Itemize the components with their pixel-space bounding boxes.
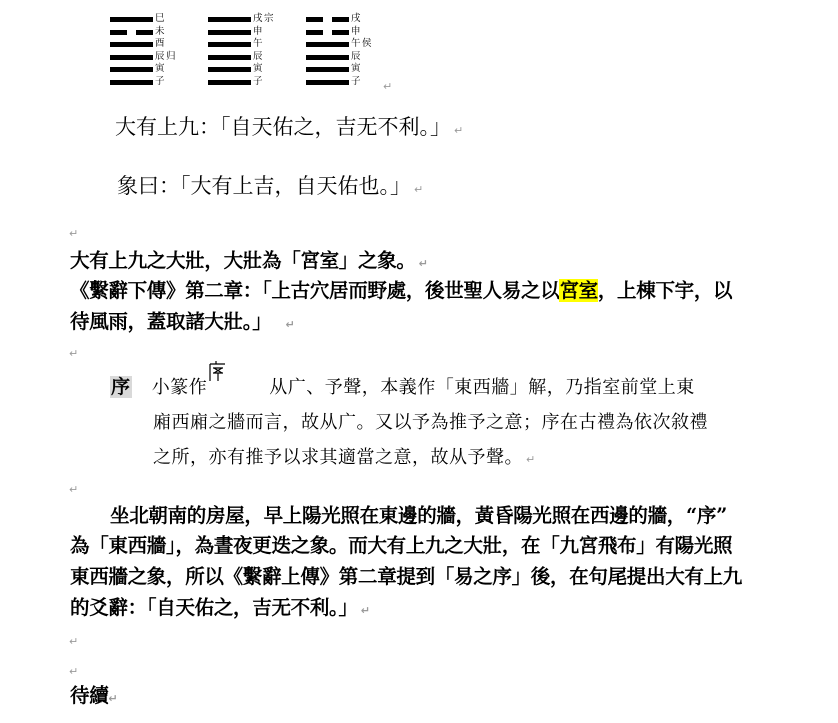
paragraph-mark: ↵	[69, 227, 78, 240]
branch-label: 寅	[155, 63, 165, 75]
broken-bar	[306, 30, 323, 35]
empty-paragraph: ↵	[66, 660, 78, 679]
broken-bar	[136, 30, 153, 35]
footer-text: 待續	[70, 684, 108, 707]
note-line1: 序 小篆作 从广、予聲，本義作「東西牆」解，乃指室前堂上東	[110, 370, 695, 405]
body2-line3: 東西牆之象，所以《繫辭上傳》第二章提到「易之序」後，在句尾提出大有上九	[70, 561, 742, 592]
solid-bar	[306, 80, 349, 85]
body1-line2-pre: 《繫辭下傳》第二章：「上古穴居而野處，後世聖人易之以	[70, 279, 559, 302]
note-line1-text: 从广、予聲，本義作「東西牆」解，乃指室前堂上東	[269, 377, 695, 398]
solid-bar	[110, 17, 153, 22]
paragraph-mark: ↵	[285, 318, 294, 331]
branch-label: 戌	[351, 13, 361, 25]
branch-label: 辰	[253, 51, 263, 63]
note-line3-text: 之所，亦有推予以求其適當之意，故从予聲。	[153, 447, 523, 468]
branch-label: 子	[351, 76, 361, 88]
broken-bar	[110, 30, 127, 35]
body1-line3-text: 待風雨，蓋取諸大壯。」	[70, 310, 271, 333]
solid-bar	[110, 55, 153, 60]
broken-bar	[306, 17, 323, 22]
solid-bar	[306, 42, 349, 47]
line-annotation: 侯	[362, 38, 372, 50]
solid-bar	[306, 55, 349, 60]
branch-label: 辰	[351, 51, 361, 63]
solid-bar	[208, 42, 251, 47]
body2-line4: 的爻辭：「自天佑之，吉无不利。」↵	[70, 592, 370, 626]
quote-line-1: 大有上九：「自天佑之，吉无不利。」↵	[115, 113, 463, 145]
branch-label: 未	[155, 26, 165, 38]
branch-label: 辰	[155, 51, 165, 63]
to-be-continued: 待續↵	[70, 680, 117, 714]
solid-bar	[208, 17, 251, 22]
branch-label: 戌	[253, 13, 263, 25]
branch-label: 酉	[155, 38, 165, 50]
branch-label: 申	[253, 26, 263, 38]
note-line2-text: 廂西廂之牆而言，故从广。又以予為推予之意；序在古禮為依次敘禮	[153, 412, 708, 433]
note-line2: 廂西廂之牆而言，故从广。又以予為推予之意；序在古禮為依次敘禮	[153, 406, 708, 440]
body1-line3: 待風雨，蓋取諸大壯。」↵	[70, 306, 294, 340]
empty-paragraph: ↵	[66, 478, 78, 497]
solid-bar	[208, 67, 251, 72]
paragraph-mark: ↵	[69, 665, 78, 678]
paragraph-mark: ↵	[526, 453, 536, 466]
branch-label: 巳	[155, 13, 165, 25]
body2-line4-text: 的爻辭：「自天佑之，吉无不利。」	[70, 596, 358, 619]
solid-bar	[110, 80, 153, 85]
quote-2-text: 象曰：「大有上吉，自天佑也。」	[117, 174, 411, 198]
paragraph-mark: ↵	[108, 692, 117, 705]
line-annotation: 宗	[264, 13, 274, 25]
quote-1-text: 大有上九：「自天佑之，吉无不利。」	[115, 115, 451, 139]
broken-bar	[332, 17, 349, 22]
solid-bar	[208, 80, 251, 85]
empty-paragraph: ↵	[66, 630, 78, 649]
body1-line2-post: ，上棟下宇，以	[598, 279, 732, 302]
branch-label: 寅	[351, 63, 361, 75]
paragraph-mark: ↵	[361, 604, 370, 617]
solid-bar	[110, 67, 153, 72]
branch-label: 寅	[253, 63, 263, 75]
empty-paragraph: ↵	[66, 222, 78, 241]
note-line3: 之所，亦有推予以求其適當之意，故从予聲。↵	[153, 441, 536, 477]
paragraph-mark: ↵	[383, 80, 392, 93]
body1-line1-text: 大有上九之大壯，大壯為「宮室」之象。	[70, 249, 416, 272]
line-annotation: 归	[166, 51, 176, 63]
body2-line1: 坐北朝南的房屋，早上陽光照在東邊的牆，黃昏陽光照在西邊的牆，“序”	[110, 500, 727, 531]
paragraph-mark: ↵	[69, 347, 78, 360]
solid-bar	[306, 67, 349, 72]
highlighted-text: 宮室	[559, 279, 597, 302]
body2-line3-text: 東西牆之象，所以《繫辭上傳》第二章提到「易之序」後，在句尾提出大有上九	[70, 565, 742, 588]
seal-script-glyph-image	[207, 360, 227, 382]
paragraph-mark: ↵	[414, 183, 423, 196]
solid-bar	[208, 55, 251, 60]
branch-label: 午	[351, 38, 361, 50]
branch-label: 子	[253, 76, 263, 88]
solid-bar	[110, 42, 153, 47]
solid-bar	[208, 30, 251, 35]
branch-label: 子	[155, 76, 165, 88]
note-intro: 小篆作	[152, 377, 208, 398]
body1-line2: 《繫辭下傳》第二章：「上古穴居而野處，後世聖人易之以宮室，上棟下宇，以	[70, 275, 732, 306]
body1-line1: 大有上九之大壯，大壯為「宮室」之象。↵	[70, 245, 428, 279]
paragraph-mark: ↵	[454, 124, 463, 137]
paragraph-mark: ↵	[69, 483, 78, 496]
broken-bar	[332, 30, 349, 35]
paragraph-mark: ↵	[419, 257, 428, 270]
paragraph-mark: ↵	[69, 635, 78, 648]
body2-line1-text: 坐北朝南的房屋，早上陽光照在東邊的牆，黃昏陽光照在西邊的牆，“序”	[110, 504, 727, 527]
branch-label: 申	[351, 26, 361, 38]
body2-line2-text: 為「東西牆」，為晝夜更迭之象。而大有上九之大壯，在「九宮飛布」有陽光照	[70, 534, 732, 557]
note-label: 序	[110, 376, 132, 398]
branch-label: 午	[253, 38, 263, 50]
quote-line-2: 象曰：「大有上吉，自天佑也。」↵	[117, 172, 423, 204]
body2-line2: 為「東西牆」，為晝夜更迭之象。而大有上九之大壯，在「九宮飛布」有陽光照	[70, 530, 732, 561]
empty-paragraph: ↵	[66, 342, 78, 361]
